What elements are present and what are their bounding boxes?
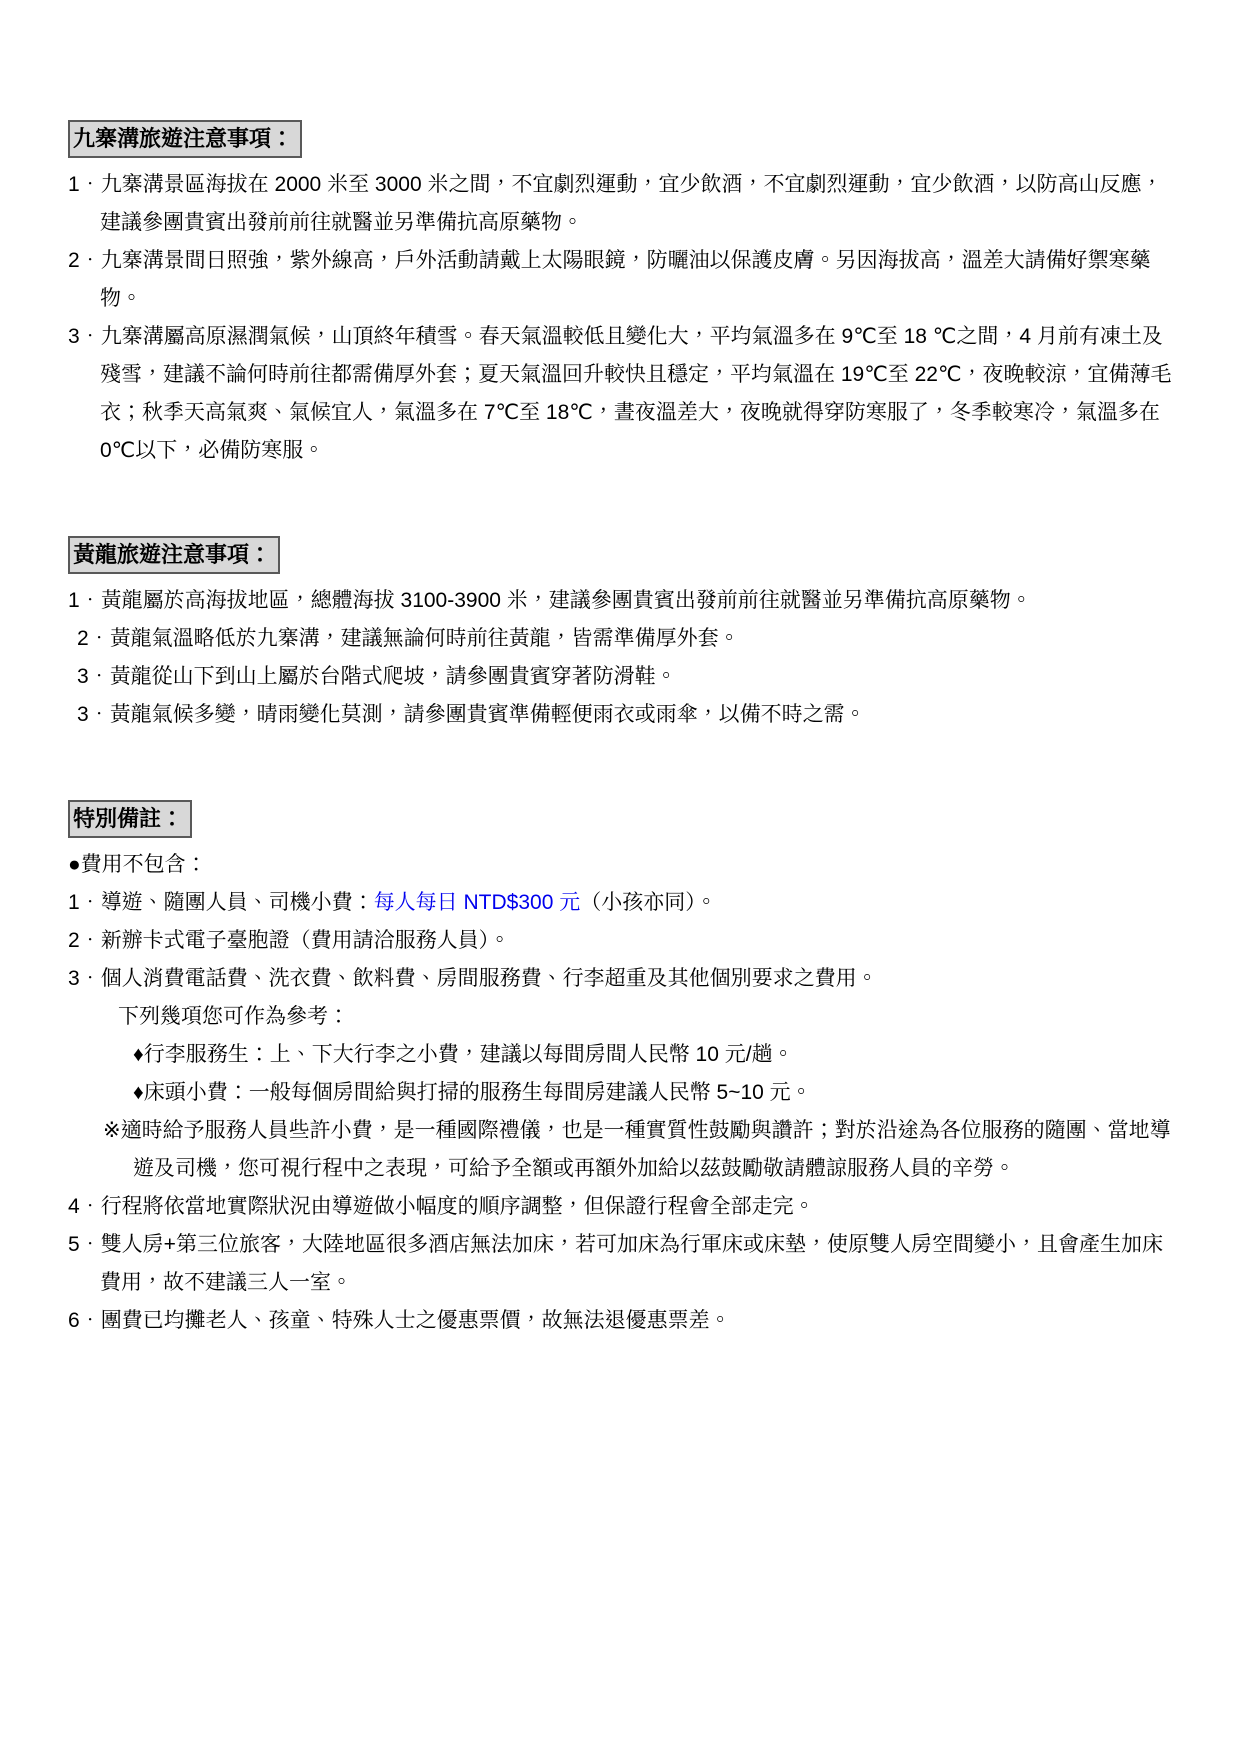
item-number: 2． (68, 249, 101, 272)
section-title: 九寨溝旅遊注意事項： (73, 126, 293, 151)
item-text: 團費已均攤老人、孩童、特殊人士之優惠票價，故無法退優惠票差。 (101, 1309, 731, 1332)
item-text: 黃龍氣候多變，晴雨變化莫測，請參團貴賓準備輕便雨衣或雨傘，以備不時之需。 (110, 703, 866, 726)
notice-item: 3．個人消費電話費、洗衣費、飲料費、房間服務費、行李超重及其他個別要求之費用。 (68, 960, 1179, 998)
notice-item: 1．九寨溝景區海拔在 2000 米至 3000 米之間，不宜劇烈運動，宜少飲酒，… (68, 166, 1179, 242)
item-text: （小孩亦同）。 (580, 891, 717, 914)
section-special-remarks: 特別備註： ●費用不包含： 1．導遊、隨團人員、司機小費：每人每日 NTD$30… (68, 800, 1179, 1340)
reference-lead: 下列幾項您可作為參考： (68, 998, 1179, 1036)
tip-amount-highlight: 每人每日 NTD$300 元 (374, 891, 581, 914)
section-title: 黃龍旅遊注意事項： (73, 542, 271, 567)
item-number: 1． (68, 589, 101, 612)
item-text: 九寨溝景區海拔在 2000 米至 3000 米之間，不宜劇烈運動，宜少飲酒，不宜… (100, 173, 1162, 234)
item-text: 黃龍屬於高海拔地區，總體海拔 3100-3900 米，建議參團貴賓出發前前往就醫… (101, 589, 1032, 612)
section-title-box-huanglong: 黃龍旅遊注意事項： (68, 536, 280, 574)
notice-item: 3．九寨溝屬高原濕潤氣候，山頂終年積雪。春天氣溫較低且變化大，平均氣溫多在 9℃… (68, 318, 1179, 470)
item-number: 3． (68, 325, 101, 348)
item-text: 黃龍氣溫略低於九寨溝，建議無論何時前往黃龍，皆需準備厚外套。 (110, 627, 740, 650)
notice-item: 1．導遊、隨團人員、司機小費：每人每日 NTD$300 元（小孩亦同）。 (68, 884, 1179, 922)
item-number: 3． (68, 967, 101, 990)
section-huanglong-notes: 黃龍旅遊注意事項： 1．黃龍屬於高海拔地區，總體海拔 3100-3900 米，建… (68, 536, 1179, 734)
item-text: 九寨溝屬高原濕潤氣候，山頂終年積雪。春天氣溫較低且變化大，平均氣溫多在 9℃至 … (100, 325, 1172, 462)
notice-item: 4．行程將依當地實際狀況由導遊做小幅度的順序調整，但保證行程會全部走完。 (68, 1188, 1179, 1226)
item-number: 4． (68, 1195, 101, 1218)
item-text: 個人消費電話費、洗衣費、飲料費、房間服務費、行李超重及其他個別要求之費用。 (101, 967, 878, 990)
section-title: 特別備註： (73, 806, 183, 831)
notice-item: 3．黃龍從山下到山上屬於台階式爬坡，請參團貴賓穿著防滑鞋。 (77, 658, 1179, 696)
section-jiuzhaigou-notes: 九寨溝旅遊注意事項： 1．九寨溝景區海拔在 2000 米至 3000 米之間，不… (68, 120, 1179, 470)
item-number: 3． (77, 665, 110, 688)
item-text: 新辦卡式電子臺胞證（費用請洽服務人員）。 (101, 929, 511, 952)
reference-tip: ♦床頭小費：一般每個房間給與打掃的服務生每間房建議人民幣 5~10 元。 (68, 1074, 1179, 1112)
item-number: 1． (68, 891, 101, 914)
item-number: 2． (68, 929, 101, 952)
notice-item: 2．黃龍氣溫略低於九寨溝，建議無論何時前往黃龍，皆需準備厚外套。 (77, 620, 1179, 658)
notice-item: 2．九寨溝景間日照強，紫外線高，戶外活動請戴上太陽眼鏡，防曬油以保護皮膚。另因海… (68, 242, 1179, 318)
item-text: 行程將依當地實際狀況由導遊做小幅度的順序調整，但保證行程會全部走完。 (101, 1195, 815, 1218)
reference-tip: ♦行李服務生：上、下大行李之小費，建議以每間房間人民幣 10 元/趟。 (68, 1036, 1179, 1074)
notice-item: 6．團費已均攤老人、孩童、特殊人士之優惠票價，故無法退優惠票差。 (68, 1302, 1179, 1340)
document-body: 九寨溝旅遊注意事項： 1．九寨溝景區海拔在 2000 米至 3000 米之間，不… (0, 0, 1241, 1340)
notice-item: 1．黃龍屬於高海拔地區，總體海拔 3100-3900 米，建議參團貴賓出發前前往… (68, 582, 1179, 620)
section-title-box-special: 特別備註： (68, 800, 192, 838)
item-text: 雙人房+第三位旅客，大陸地區很多酒店無法加床，若可加床為行軍床或床墊，使原雙人房… (100, 1233, 1163, 1294)
item-number: 5． (68, 1233, 101, 1256)
item-text: 黃龍從山下到山上屬於台階式爬坡，請參團貴賓穿著防滑鞋。 (110, 665, 677, 688)
notice-item: 2．新辦卡式電子臺胞證（費用請洽服務人員）。 (68, 922, 1179, 960)
fees-not-included-heading: ●費用不包含： (68, 846, 1179, 884)
item-text: 導遊、隨團人員、司機小費： (101, 891, 374, 914)
item-number: 2． (77, 627, 110, 650)
notice-item: 5．雙人房+第三位旅客，大陸地區很多酒店無法加床，若可加床為行軍床或床墊，使原雙… (68, 1226, 1179, 1302)
item-number: 1． (68, 173, 101, 196)
item-number: 6． (68, 1309, 101, 1332)
item-text: 九寨溝景間日照強，紫外線高，戶外活動請戴上太陽眼鏡，防曬油以保護皮膚。另因海拔高… (100, 249, 1151, 310)
section-title-box-jiuzhaigou: 九寨溝旅遊注意事項： (68, 120, 302, 158)
document-page: 九寨溝旅遊注意事項： 1．九寨溝景區海拔在 2000 米至 3000 米之間，不… (0, 0, 1241, 1755)
notice-item: 3．黃龍氣候多變，晴雨變化莫測，請參團貴賓準備輕便雨衣或雨傘，以備不時之需。 (77, 696, 1179, 734)
item-number: 3． (77, 703, 110, 726)
reference-note: ※適時給予服務人員些許小費，是一種國際禮儀，也是一種實質性鼓勵與讚許；對於沿途為… (68, 1112, 1179, 1188)
